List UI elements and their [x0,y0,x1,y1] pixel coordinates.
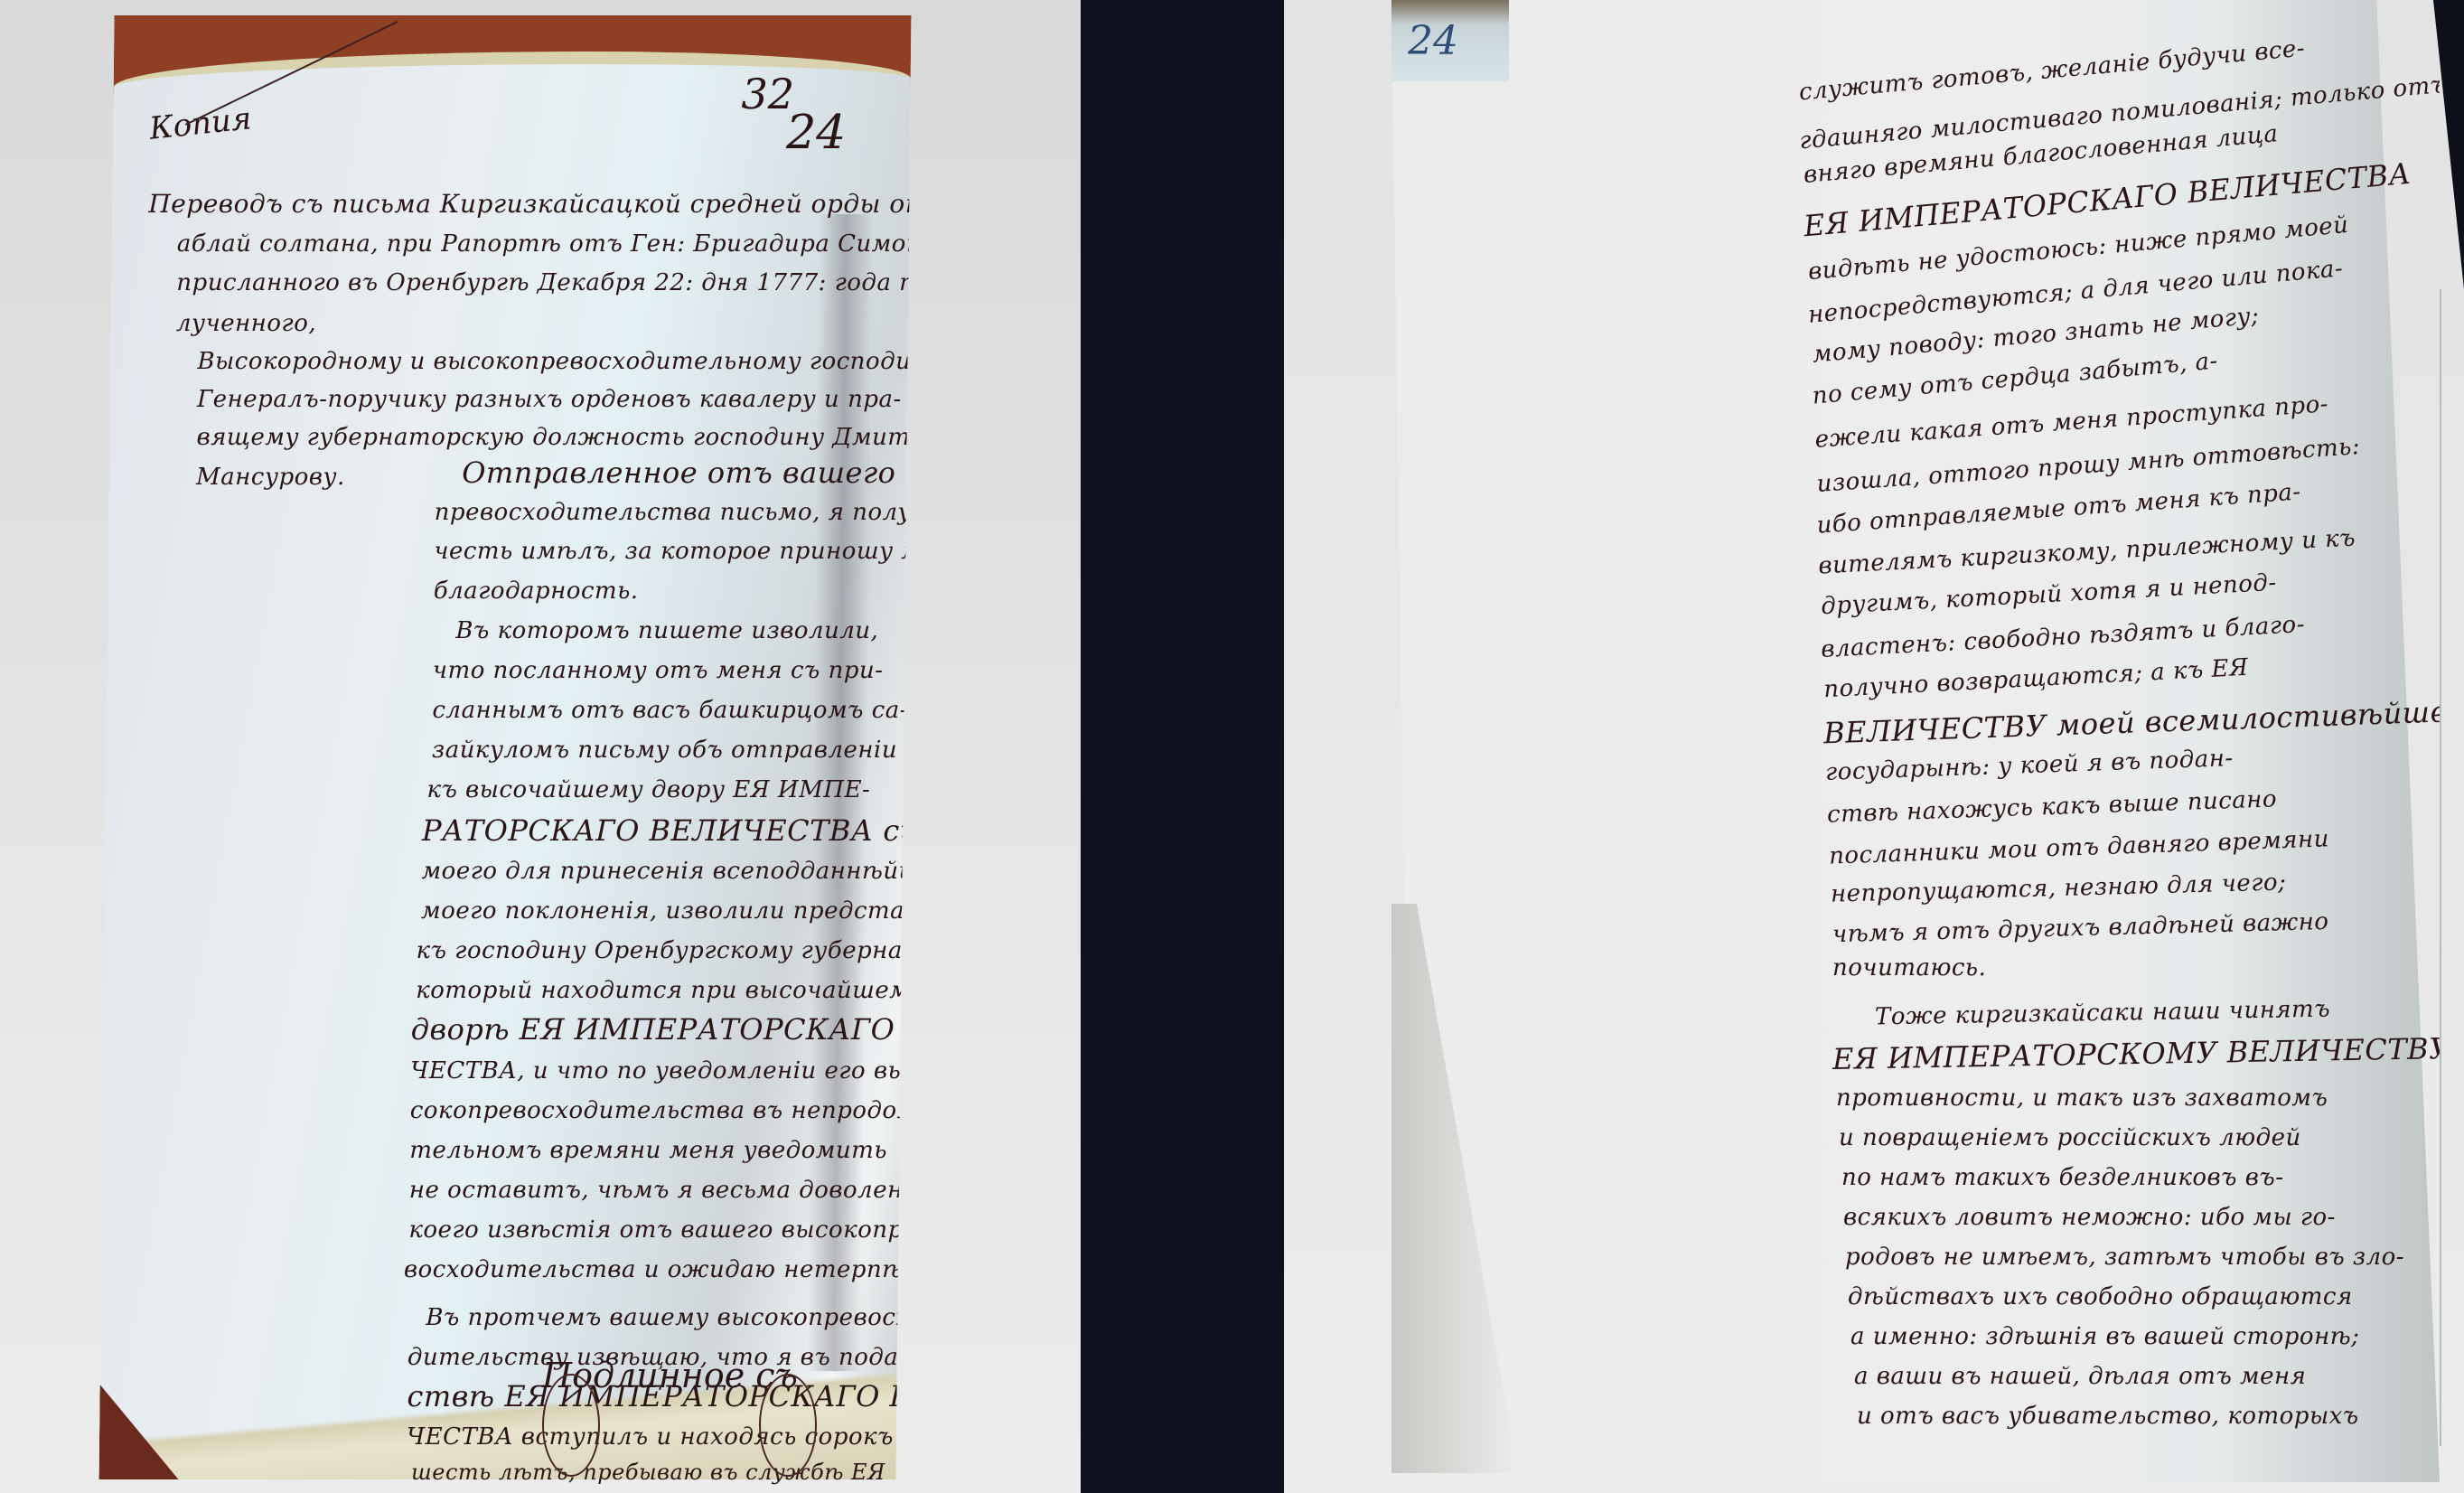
text-line: дѣйствахъ ихъ свободно обращаются [1848,1285,2353,1309]
display-divider-strip [1081,0,1284,1493]
text-line: тельномъ времяни меня уведомить [409,1139,887,1162]
text-line: Отправленное отъ вашего высоко- [462,458,911,487]
text-line: Мансурову. [196,465,345,489]
text-line: получно возвращаются; а къ ЕЯ [1823,656,2249,702]
text-line: ЕЯ ИМПЕРАТОРСКОМУ ВЕЛИЧЕСТВУ [1832,1034,2440,1074]
text-line: къ господину Оренбургскому губернатору [417,939,912,962]
manuscript-page-left: Копия 32 24 Переводъ съ письма Киргизкай… [99,15,912,1479]
signature-flourish [759,1374,817,1477]
text-line: ЧЕСТВА вступилъ и находясь сорокъ [407,1425,894,1449]
text-line: Переводъ съ письма Киргизкайсацкой средн… [148,192,911,217]
text-line: вящему губернаторскую должность господин… [196,426,911,449]
signature-flourish [542,1374,600,1477]
right-page-edge [2440,289,2441,1446]
text-line: непропущаются, незнаю для чего; [1831,870,2287,906]
text-line: родовъ не имѣемъ, затѣмъ чтобы въ зло- [1845,1245,2404,1269]
text-line: благодарность. [434,579,639,603]
text-line: не оставитъ, чѣмъ я весьма доволенъ, [409,1178,912,1202]
text-line: коего извѣстiя отъ вашего высокопре- [408,1218,911,1242]
text-line: сокопревосходительства въ непродолжи- [410,1099,912,1122]
text-line: государынѣ: у коей я въ подан- [1825,746,2234,784]
text-line: что посланному отъ меня съ при- [433,659,884,682]
text-line: честь имѣлъ, за которое приношу мою [434,540,911,563]
text-line: Въ протчемъ вашему высокопревосхо- [426,1306,911,1329]
text-line: Генералъ-поручику разныхъ орденовъ кавал… [197,388,902,411]
text-line: по намъ такихъ безделниковъ въ- [1841,1166,2284,1189]
text-line: а ваши въ нашей, дѣлая отъ меня [1854,1365,2306,1388]
text-line: Тоже киргизкайсаки наши чинятъ [1875,998,2330,1029]
text-line: аблай солтана, при Рапортѣ отъ Ген: Бриг… [177,232,912,256]
text-line: Высокородному и высокопревосходительному… [197,350,911,373]
text-line: сланнымъ отъ васъ башкирцомъ са- [432,699,908,722]
text-line: всякихъ ловитъ неможно: ибо мы го- [1843,1206,2336,1229]
text-line: и отъ васъ убивательство, которыхъ [1857,1404,2359,1428]
text-line: восходительства и ожидаю нетерпѣливо. [404,1258,912,1282]
text-line: который находится при высочайшемъ [416,979,911,1002]
text-line: ствѣ нахожусь какъ выше писано [1827,787,2278,826]
manuscript-page-right: 24 служитъ готовъ, желанiе будучи все- г… [1391,0,2440,1482]
text-line: чѣмъ я отъ другихъ владѣней важно [1832,910,2329,946]
text-line: и повращенiемъ россiйскихъ людей [1839,1126,2301,1150]
manuscript-text-right: служитъ готовъ, желанiе будучи все- гдаш… [1391,0,2440,1482]
text-line: Въ которомъ пишете изволили, [455,619,878,643]
text-line: дворѣ ЕЯ ИМПЕРАТОРСКАГО ВЕЛИ- [411,1015,912,1044]
text-line: другимъ, который хотя я и непод- [1821,571,2278,618]
text-line: шесть лѣтъ, пребываю въ службѣ ЕЯ [411,1461,885,1483]
text-line: ЧЕСТВА, и что по уведомленiи его вы- [410,1059,911,1083]
text-line: противности, и такъ изъ захватомъ [1836,1086,2328,1110]
text-line: лученного, [176,312,316,335]
text-line: присланного въ Оренбургѣ Декабря 22: дня… [176,271,911,295]
text-line: посланники мои отъ давняго времяни [1829,827,2330,868]
text-line: къ высочайшему двору ЕЯ ИМПЕ- [426,778,870,802]
text-line: моего поклоненiя, изволили представ- [421,899,912,923]
text-line: РАТОРСКАГО ВЕЛИЧЕСТВА сына [422,816,912,845]
text-line: а именно: здѣшнiя въ вашей сторонѣ; [1850,1325,2359,1348]
text-line: моего для принесенiя всеподданнѣйшаго [421,859,911,883]
text-line: ВЕЛИЧЕСТВУ моей всемилостивѣйшей [1823,697,2440,748]
text-line: почитаюсь. [1832,956,1986,980]
manuscript-text-left: Переводъ съ письма Киргизкайсацкой средн… [99,15,912,1479]
text-line: превосходительства письмо, я получи- [435,501,912,524]
text-line: зайкуломъ письму объ отправленiи [432,738,897,762]
